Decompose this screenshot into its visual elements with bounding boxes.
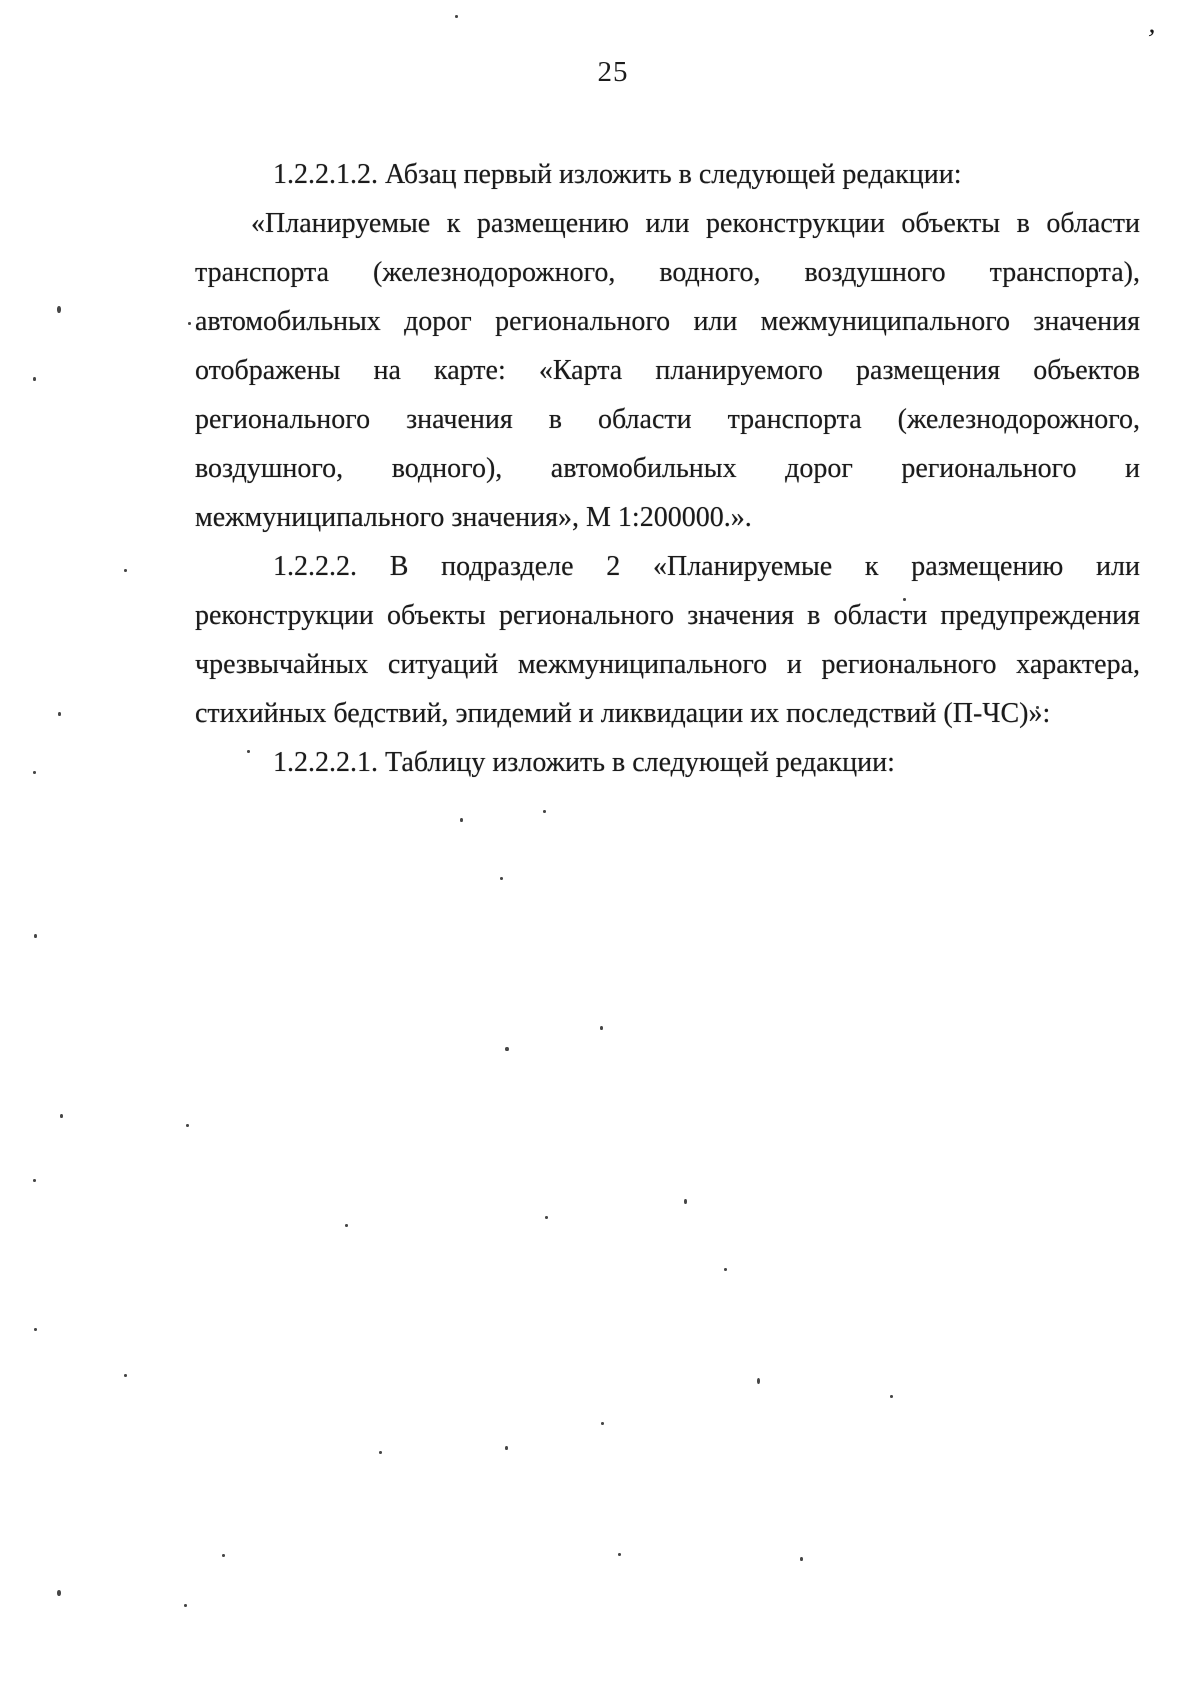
quoted-paragraph-line: транспорта (железнодорожного, водного, в…	[195, 248, 1140, 297]
scan-speck	[545, 1216, 548, 1219]
document-body: 1.2.2.1.2. Абзац первый изложить в следу…	[195, 150, 1140, 787]
scan-speck	[33, 1179, 36, 1182]
scan-stray-mark: ’	[1144, 24, 1158, 57]
quoted-paragraph-line: воздушного, водного), автомобильных доро…	[195, 444, 1140, 493]
scan-speck	[379, 1451, 382, 1454]
scan-speck	[500, 877, 503, 880]
scan-speck	[34, 934, 37, 938]
paragraph-1.2.2.2-last-line: стихийных бедствий, эпидемий и ликвидаци…	[195, 689, 1140, 738]
quoted-paragraph-line: «Планируемые к размещению или реконструк…	[195, 199, 1140, 248]
paragraph-1.2.2.2-line: чрезвычайных ситуаций межмуниципального …	[195, 640, 1140, 689]
scan-speck	[724, 1268, 727, 1271]
scan-speck	[505, 1047, 509, 1051]
scan-speck	[455, 15, 458, 18]
paragraph-1.2.2.1.2-heading-line: 1.2.2.1.2. Абзац первый изложить в следу…	[195, 150, 1140, 199]
scan-speck	[58, 712, 61, 716]
quoted-paragraph-line: автомобильных дорог регионального или ме…	[195, 297, 1140, 346]
scan-speck	[222, 1554, 225, 1557]
scan-speck	[124, 1374, 127, 1377]
scan-speck	[57, 1590, 61, 1596]
scan-speck	[618, 1553, 621, 1556]
scan-speck	[601, 1422, 604, 1425]
paragraph-1.2.2.2-line: 1.2.2.2. В подразделе 2 «Планируемые к р…	[195, 542, 1140, 591]
scanned-document-page: 25 ’ 1.2.2.1.2. Абзац первый изложить в …	[0, 0, 1200, 1704]
scan-speck	[1036, 706, 1039, 709]
paragraph-1.2.2.2.1-heading-line: 1.2.2.2.1. Таблицу изложить в следующей …	[195, 738, 1140, 787]
scan-speck	[60, 1114, 63, 1118]
scan-speck	[543, 810, 546, 813]
scan-speck	[800, 1557, 803, 1561]
scan-speck	[33, 377, 36, 381]
scan-speck	[184, 1604, 187, 1607]
scan-speck	[600, 1026, 603, 1030]
quoted-paragraph-last-line: межмуниципального значения», М 1:200000.…	[195, 493, 1140, 542]
scan-speck	[57, 306, 61, 313]
quoted-paragraph-line: регионального значения в области транспо…	[195, 395, 1140, 444]
scan-speck	[33, 771, 36, 774]
scan-speck	[890, 1395, 893, 1398]
quoted-paragraph-line: отображены на карте: «Карта планируемого…	[195, 346, 1140, 395]
scan-speck	[186, 1124, 189, 1127]
scan-speck	[247, 750, 250, 753]
scan-speck	[684, 1199, 687, 1204]
scan-speck	[757, 1378, 760, 1384]
scan-speck	[903, 598, 906, 601]
paragraph-1.2.2.2-line: реконструкции объекты регионального знач…	[195, 591, 1140, 640]
scan-speck	[460, 818, 463, 822]
scan-speck	[505, 1446, 508, 1450]
scan-speck	[124, 569, 127, 572]
scan-speck	[345, 1224, 348, 1227]
scan-speck	[188, 322, 191, 325]
scan-speck	[34, 1328, 37, 1331]
page-number: 25	[0, 56, 1200, 89]
